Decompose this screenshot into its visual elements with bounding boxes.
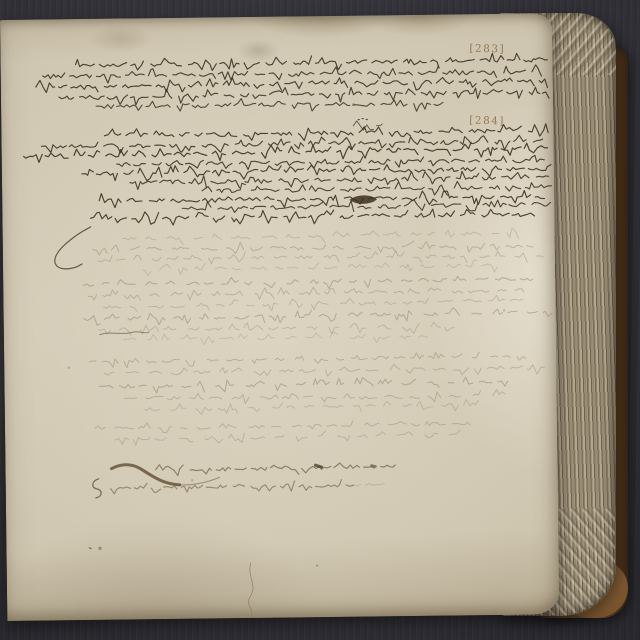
figure-8-glyph [93,479,102,498]
script-line-block1 [59,84,549,105]
ink-group [22,53,556,620]
script-line-block2 [130,170,549,190]
script-line-block2 [202,179,552,198]
script-line-faded [88,285,524,302]
paper-crack [248,563,253,617]
script-line-faded [83,274,533,292]
script-line-faded [145,399,479,415]
script-line-faded [93,239,533,257]
strikethrough-blot [350,196,376,204]
script-line-block2 [117,155,545,171]
bold-dot-1 [315,465,321,467]
folio-number-284: [284] [469,114,505,127]
script-line-faded [143,260,497,277]
script-line-faded [103,295,522,313]
script-line-faded [125,390,505,406]
bold-dot-2 [371,465,375,466]
script-line-block2 [41,134,542,155]
script-line-heading [353,121,382,131]
handwriting-layer [0,13,559,621]
script-line-faded [99,320,455,337]
script-line-block2 [90,207,534,227]
script-line-faded [98,248,543,267]
script-line-block2 [24,141,548,163]
script-line-faded [89,351,526,368]
script-line-faded [84,307,552,326]
script-line-faded [123,228,519,245]
script-line-faded [124,331,428,346]
folio-number-283: [283] [469,43,505,56]
script-line-footer [351,483,385,486]
script-line-block2 [99,188,544,209]
script-line-block1 [36,74,548,95]
script-line-footer [111,480,354,494]
script-line-faded [95,419,470,434]
heading-dots [358,119,367,120]
script-line-block1 [96,96,443,115]
script-line-faded [104,362,545,379]
flourish-pen-mark [54,227,91,269]
script-line-faded [99,376,507,394]
script-line-footer [155,462,395,476]
script-line-block1 [75,53,547,73]
ink-speck [89,548,91,549]
manuscript-page: [283] [284] [0,13,559,621]
swoosh-tail [180,477,220,485]
